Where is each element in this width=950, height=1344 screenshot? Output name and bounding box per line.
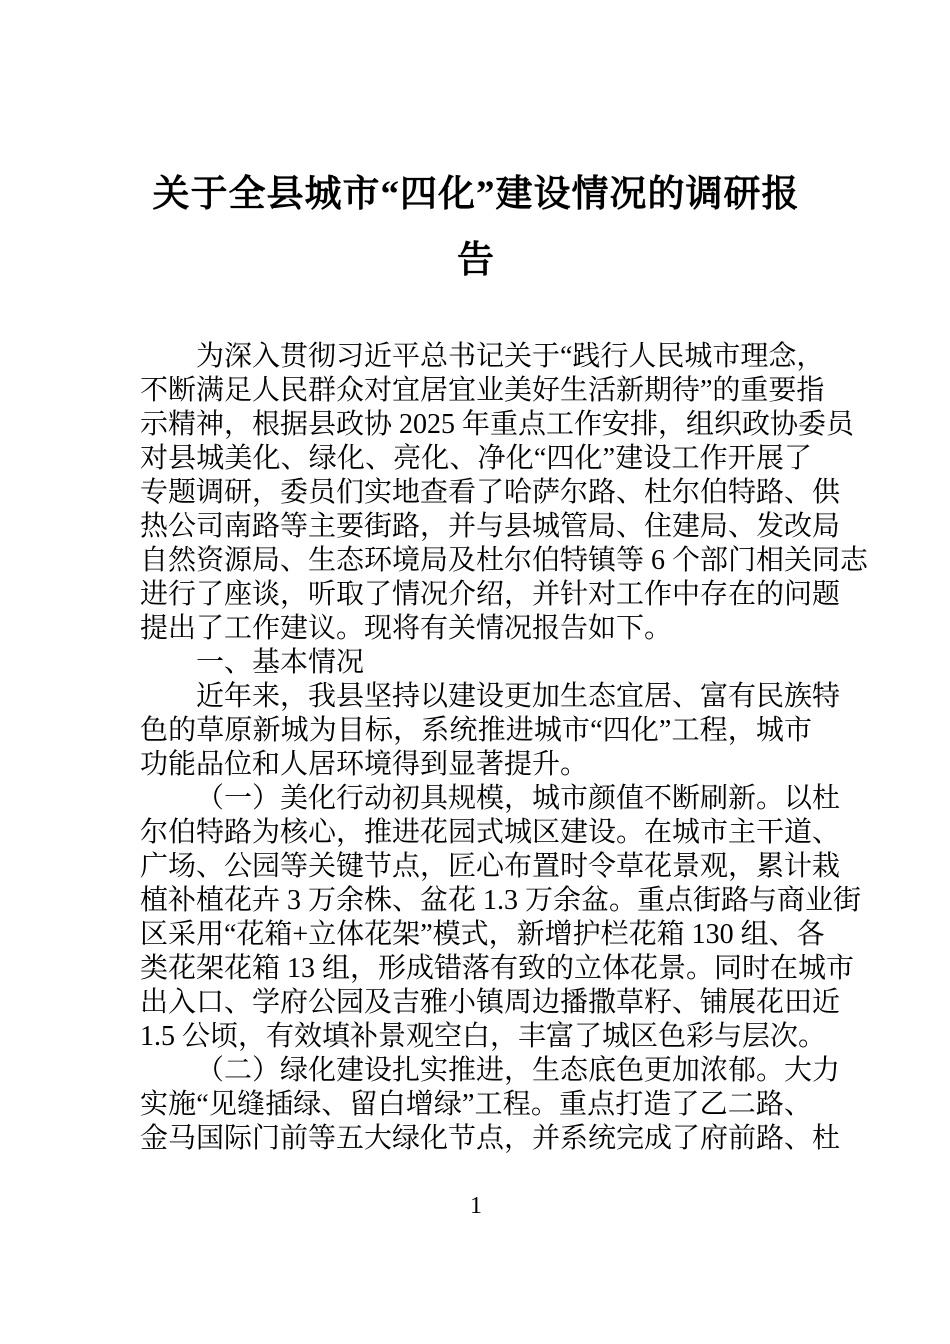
text-line: 为深入贯彻习近平总书记关于“践行人民城市理念， [140, 340, 812, 374]
text-line: 金马国际门前等五大绿化节点，并系统完成了府前路、杜 [140, 1122, 812, 1156]
text-line: 一、基本情况 [140, 646, 812, 680]
text-line: 不断满足人民群众对宜居宜业美好生活新期待”的重要指 [140, 374, 812, 408]
text-line: 功能品位和人居环境得到显著提升。 [140, 748, 812, 782]
text-line: 出入口、学府公园及吉雅小镇周边播撒草籽、铺展花田近 [140, 986, 812, 1020]
text-line: 自然资源局、生态环境局及杜尔伯特镇等 6 个部门相关同志 [140, 544, 812, 578]
document-title-line-1: 关于全县城市“四化”建设情况的调研报 [140, 162, 812, 228]
document-body: 为深入贯彻习近平总书记关于“践行人民城市理念，不断满足人民群众对宜居宜业美好生活… [140, 340, 812, 1156]
document-title-line-2: 告 [140, 228, 812, 294]
text-line: 示精神，根据县政协 2025 年重点工作安排，组织政协委员 [140, 408, 812, 442]
text-line: 热公司南路等主要街路，并与县城管局、住建局、发改局 [140, 510, 812, 544]
text-line: 近年来，我县坚持以建设更加生态宜居、富有民族特 [140, 680, 812, 714]
text-line: 类花架花箱 13 组，形成错落有致的立体花景。同时在城市 [140, 952, 812, 986]
text-line: 对县城美化、绿化、亮化、净化“四化”建设工作开展了 [140, 442, 812, 476]
text-line: 进行了座谈，听取了情况介绍，并针对工作中存在的问题 [140, 578, 812, 612]
document-page: 关于全县城市“四化”建设情况的调研报 告 为深入贯彻习近平总书记关于“践行人民城… [0, 162, 950, 1220]
page-number: 1 [140, 1192, 812, 1220]
text-line: 广场、公园等关键节点，匠心布置时令草花景观，累计栽 [140, 850, 812, 884]
text-line: 提出了工作建议。现将有关情况报告如下。 [140, 612, 812, 646]
text-line: 区采用“花箱+立体花架”模式，新增护栏花箱 130 组、各 [140, 918, 812, 952]
text-line: 实施“见缝插绿、留白增绿”工程。重点打造了乙二路、 [140, 1088, 812, 1122]
text-line: （一）美化行动初具规模，城市颜值不断刷新。以杜 [140, 782, 812, 816]
document-title: 关于全县城市“四化”建设情况的调研报 告 [140, 162, 812, 294]
text-line: 1.5 公顷，有效填补景观空白，丰富了城区色彩与层次。 [140, 1020, 812, 1054]
text-line: （二）绿化建设扎实推进，生态底色更加浓郁。大力 [140, 1054, 812, 1088]
text-line: 专题调研，委员们实地查看了哈萨尔路、杜尔伯特路、供 [140, 476, 812, 510]
text-line: 植补植花卉 3 万余株、盆花 1.3 万余盆。重点街路与商业街 [140, 884, 812, 918]
text-line: 尔伯特路为核心，推进花园式城区建设。在城市主干道、 [140, 816, 812, 850]
text-line: 色的草原新城为目标，系统推进城市“四化”工程，城市 [140, 714, 812, 748]
